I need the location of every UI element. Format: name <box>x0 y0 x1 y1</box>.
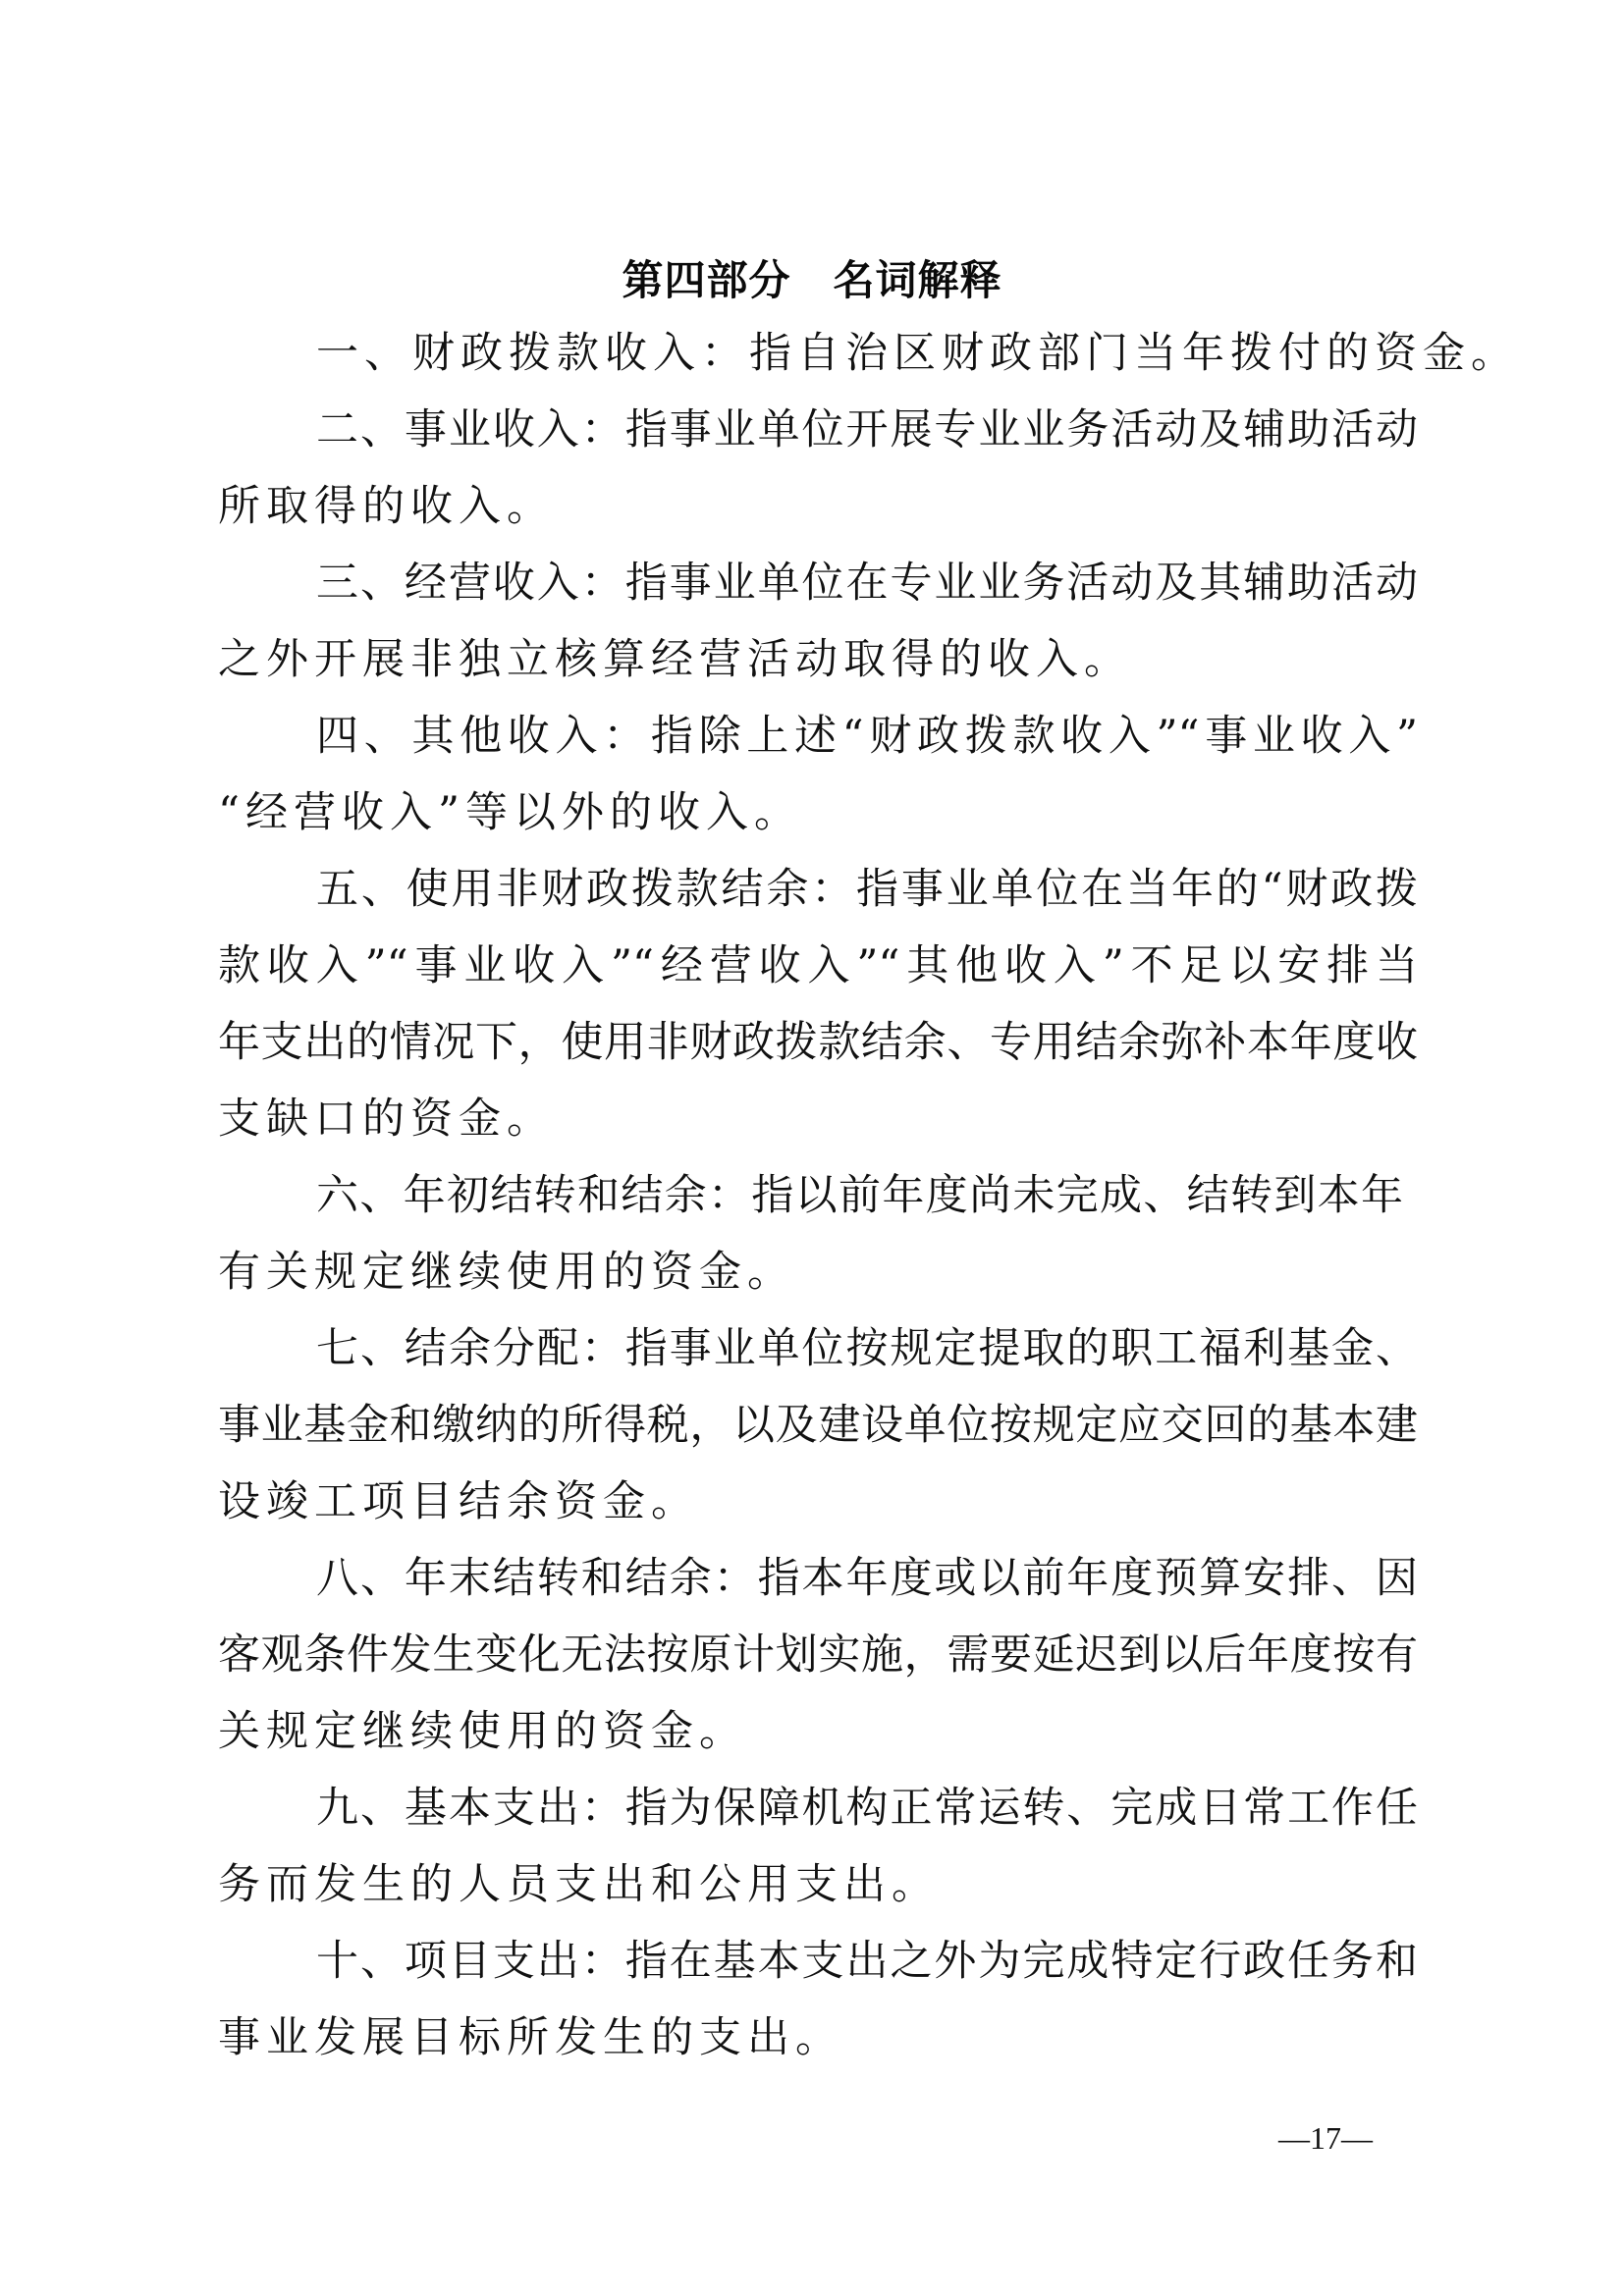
definition-line: 十​、​项​目​支​出​：​指​在​基​本​支​出​之​外​为​完​成​特​定​… <box>218 1923 1418 2000</box>
definition-line: 四​、​其​他​收​入​：​指​除​上​述​“​财​政​拨​款​收​入​”​“​… <box>218 698 1418 774</box>
definition-line: 务而发生的人员支出和公用支出。 <box>218 1846 1418 1923</box>
definition-line: 事业发展目标所发生的支出。 <box>218 2000 1418 2076</box>
definition-line: 之外开展非独立核算经营活动取得的收入。 <box>218 621 1418 698</box>
definition-line: 款​收​入​”​“​事​业​收​入​”​“​经​营​收​入​”​“​其​他​收​… <box>218 928 1418 1004</box>
definition-line: 事​业​基​金​和​缴​纳​的​所​得​税​，​以​及​建​设​单​位​按​规​… <box>218 1387 1418 1464</box>
definition-line: 三​、​经​营​收​入​：​指​事​业​单​位​在​专​业​业​务​活​动​及​… <box>218 545 1418 621</box>
definition-line: 七​、​结​余​分​配​：​指​事​业​单​位​按​规​定​提​取​的​职​工​… <box>218 1310 1418 1387</box>
definition-line: 五​、​使​用​非​财​政​拨​款​结​余​：​指​事​业​单​位​在​当​年​… <box>218 851 1418 928</box>
definition-line: 支缺口的资金。 <box>218 1081 1418 1157</box>
definition-line: 所取得的收入。 <box>218 468 1418 545</box>
section-title: 第四部分 名词解释 <box>0 253 1624 308</box>
definition-line: 二​、​事​业​收​入​：​指​事​业​单​位​开​展​专​业​业​务​活​动​… <box>218 392 1418 468</box>
page-number: —17— <box>1262 2118 1389 2158</box>
definition-line: 年​支​出​的​情​况​下​，​使​用​非​财​政​拨​款​结​余​、​专​用​… <box>218 1004 1418 1081</box>
definition-line: 设竣工项目结余资金。 <box>218 1464 1418 1540</box>
definition-line: 六​、​年​初​结​转​和​结​余​：​指​以​前​年​度​尚​未​完​成​、​… <box>218 1157 1418 1234</box>
definition-line: 客​观​条​件​发​生​变​化​无​法​按​原​计​划​实​施​，​需​要​延​… <box>218 1617 1418 1693</box>
definition-line: 有关规定继续使用的资金。 <box>218 1234 1418 1310</box>
definition-line: 八​、​年​末​结​转​和​结​余​：​指​本​年​度​或​以​前​年​度​预​… <box>218 1540 1418 1617</box>
definition-line: “经营收入”等以外的收入。 <box>218 774 1418 851</box>
document-page: 第四部分 名词解释 一、财政拨款收入：指自治区财政部门当年拨付的资金。 二​、​… <box>0 0 1624 2296</box>
definition-line: 一、财政拨款收入：指自治区财政部门当年拨付的资金。 <box>218 315 1418 392</box>
definitions-body: 一、财政拨款收入：指自治区财政部门当年拨付的资金。 二​、​事​业​收​入​：​… <box>218 315 1418 2076</box>
definition-line: 关规定继续使用的资金。 <box>218 1693 1418 1770</box>
definition-line: 九​、​基​本​支​出​：​指​为​保​障​机​构​正​常​运​转​、​完​成​… <box>218 1770 1418 1846</box>
